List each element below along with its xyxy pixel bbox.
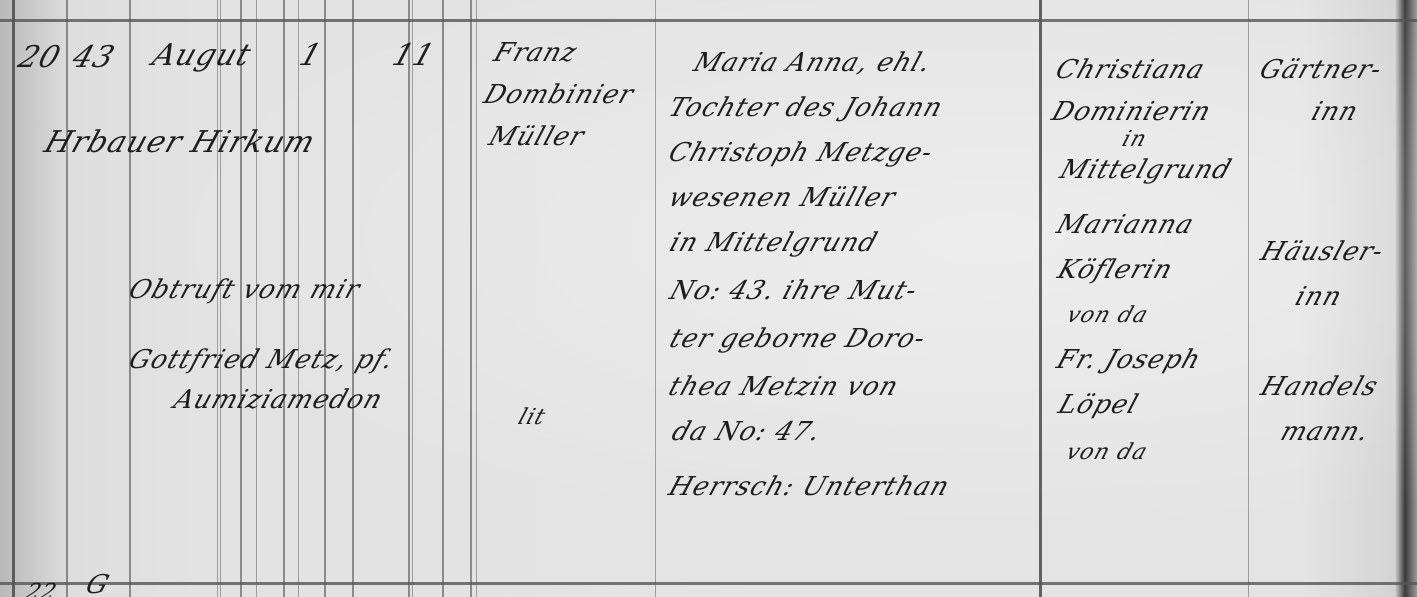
status-line: Gärtner- [1252,55,1387,97]
mother-line: Christoph Metzge- [660,138,954,183]
mother-line: No: 43. ihre Mut- [660,276,955,324]
row-rule-top [0,19,1417,22]
column-rule [1248,0,1249,597]
column-rule [470,0,472,597]
godparent-line: Löpel [1048,390,1234,440]
father-line: Franz [490,38,648,68]
next-record-fragment: G [82,570,114,597]
mother-line: ter geborne Doro- [660,324,955,372]
mother-line: Maria Anna, ehl. [685,48,979,93]
status-line: mann. [1272,417,1408,462]
note-block: Obtruft vom mir Gottfried Metz, pf. Aumi… [125,275,388,365]
status-line: Häusler- [1252,237,1388,282]
column-rule [655,0,656,597]
father-line: Dombinier [480,80,638,110]
column-rule [66,0,68,597]
status-line: inn [1272,282,1417,372]
godparent-status-block: Gärtner- inn Häusler- inn Handels mann. [1252,55,1373,462]
mother-line: thea Metzin von [660,372,954,417]
column-rule [442,0,444,597]
record-number: 20 [14,40,66,75]
mother-line: Herrsch: Unterthan [660,472,954,517]
godparent-line: Köflerin [1048,255,1233,303]
column-rule [1039,0,1042,597]
mother-block: Maria Anna, ehl. Tochter des Johann Chri… [660,48,939,517]
father-line: Müller [485,122,643,152]
column-rule [476,0,477,597]
day-value-2: 11 [388,38,440,73]
godparent-line: von da [1058,303,1241,345]
godparents-block: Christiana Dominierin in Mittelgrund Mar… [1048,55,1218,480]
column-rule [412,0,413,597]
godparent-line: von da [1058,440,1241,480]
column-rule [12,0,15,597]
mother-line: in Mittelgrund [660,228,955,276]
house-number: 43 [68,40,120,75]
mother-line: da No: 47. [660,417,957,472]
note-line: Gottfried Metz, pf. [125,345,398,375]
row-rule-bottom [0,582,1417,585]
godparent-line: Mittelgrund [1048,155,1236,210]
note-line: Obtruft vom mir [125,275,398,305]
father-block: Franz Dombinier Müller [480,38,628,128]
register-page: 20 43 Augut 1 11 Hrbauer Hirkum Obtruft … [0,0,1417,597]
status-line: inn [1272,97,1417,237]
godparent-line: Dominierin [1048,97,1227,127]
status-line: Handels [1252,372,1388,417]
godparent-line: Marianna [1048,210,1232,255]
note-line: Aumiziamedon [170,385,443,415]
mother-line: wesenen Müller [660,183,954,228]
day-value-1: 1 [295,38,326,73]
month: Augut [148,38,256,73]
child-name: Hrbauer Hirkum [40,125,320,160]
godparent-line: Christiana [1048,55,1231,97]
column-rule [408,0,410,597]
mother-line: Tochter des Johann [660,93,954,138]
note-marker: lit [515,405,549,430]
godparent-line: Fr. Joseph [1048,345,1232,390]
